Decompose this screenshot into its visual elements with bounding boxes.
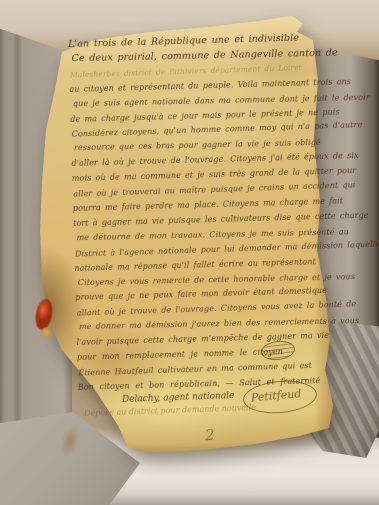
- signature-block: Petitfeud: [242, 378, 319, 416]
- photo-of-manuscript: L'an trois de la République une et indiv…: [0, 0, 379, 505]
- page-number: 2: [204, 426, 215, 445]
